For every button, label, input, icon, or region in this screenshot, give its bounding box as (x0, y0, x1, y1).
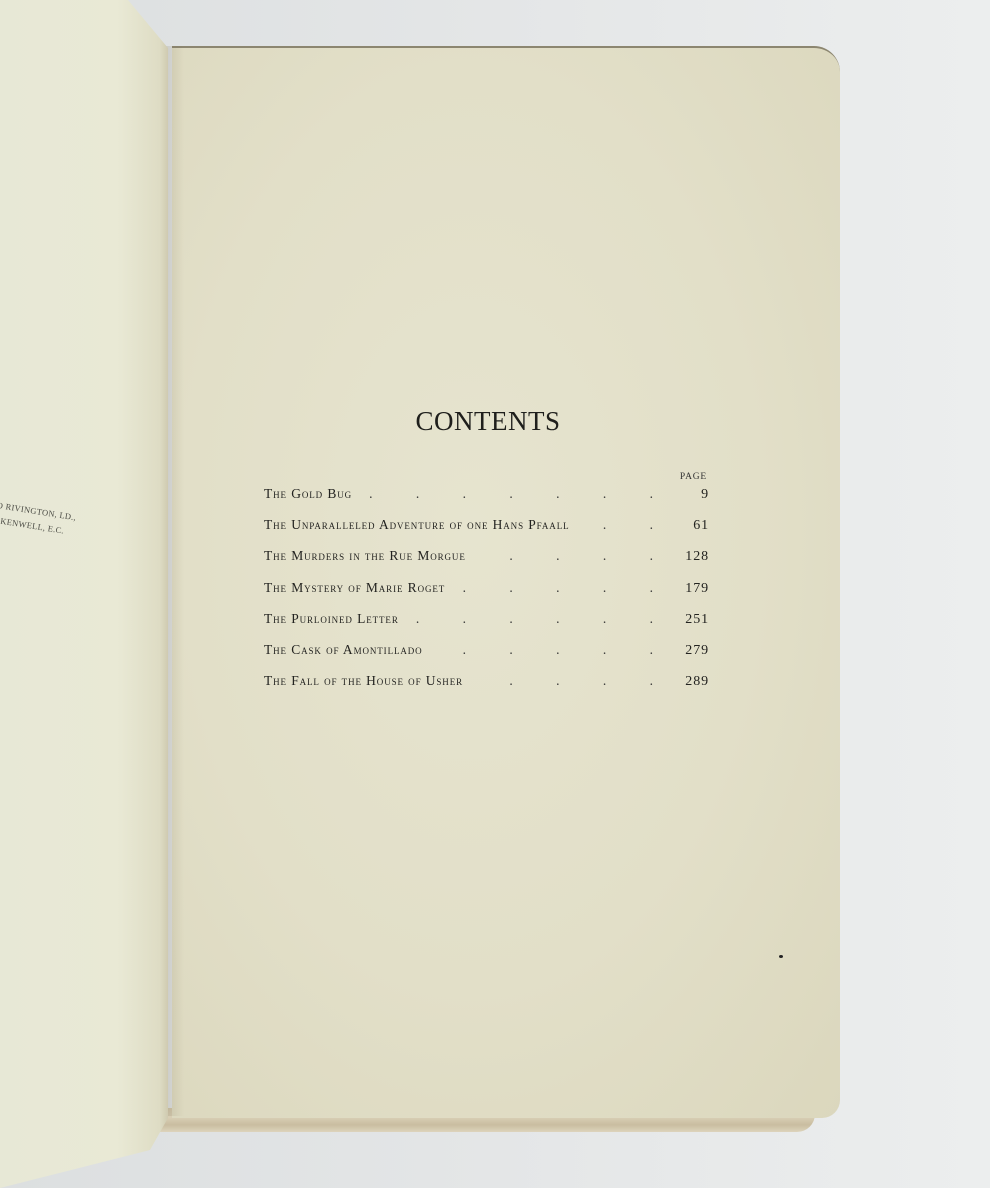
table-of-contents: The Gold Bug . . . . . . . . . . . . . .… (264, 486, 709, 704)
toc-entry: The Cask of Amontillado . . . . . . . . … (264, 642, 709, 673)
toc-entry-page: 9 (679, 487, 709, 503)
left-page: D RIVINGTON, LD., RKENWELL, E.C. (0, 0, 168, 1188)
printer-imprint: D RIVINGTON, LD., RKENWELL, E.C. (0, 498, 107, 545)
toc-entry-page: 251 (679, 612, 709, 628)
toc-entry-title: The Mystery of Marie Roget (264, 580, 445, 596)
dot-leader: . . . . . . . . . . . . . . . . . . . . (576, 517, 673, 533)
toc-entry-title: The Gold Bug (264, 486, 352, 502)
dot-leader: . . . . . . . . . . . . . . . . . . . . (358, 486, 673, 502)
toc-entry: The Purloined Letter . . . . . . . . . .… (264, 611, 709, 642)
toc-entry: The Mystery of Marie Roget . . . . . . .… (264, 580, 709, 611)
page-column-label: PAGE (667, 472, 707, 482)
toc-entry-page: 289 (679, 674, 709, 690)
dot-leader: . . . . . . . . . . . . . . . . . . . . (451, 580, 673, 596)
toc-entry: The Unparalleled Adventure of one Hans P… (264, 517, 709, 548)
toc-entry-title: The Murders in the Rue Morgue (264, 548, 466, 564)
dot-leader: . . . . . . . . . . . . . . . . . . . . (429, 642, 673, 658)
toc-entry-title: The Cask of Amontillado (264, 642, 423, 658)
dot-leader: . . . . . . . . . . . . . . . . . . . . (472, 548, 673, 564)
toc-entry-title: The Fall of the House of Usher (264, 673, 463, 689)
right-page: CONTENTS PAGE The Gold Bug . . . . . . .… (172, 46, 840, 1118)
dot-leader: . . . . . . . . . . . . . . . . . . . . (469, 673, 673, 689)
toc-entry-title: The Unparalleled Adventure of one Hans P… (264, 517, 570, 533)
dot-leader: . . . . . . . . . . . . . . . . . . . . (405, 611, 673, 627)
toc-entry-page: 179 (679, 581, 709, 597)
toc-entry: The Fall of the House of Usher . . . . .… (264, 673, 709, 704)
toc-entry-page: 279 (679, 643, 709, 659)
toc-entry: The Murders in the Rue Morgue . . . . . … (264, 548, 709, 579)
toc-entry: The Gold Bug . . . . . . . . . . . . . .… (264, 486, 709, 517)
ink-speck (779, 955, 783, 958)
toc-entry-page: 128 (679, 549, 709, 565)
toc-entry-title: The Purloined Letter (264, 611, 399, 627)
page-title: CONTENTS (408, 406, 568, 437)
toc-entry-page: 61 (679, 518, 709, 534)
